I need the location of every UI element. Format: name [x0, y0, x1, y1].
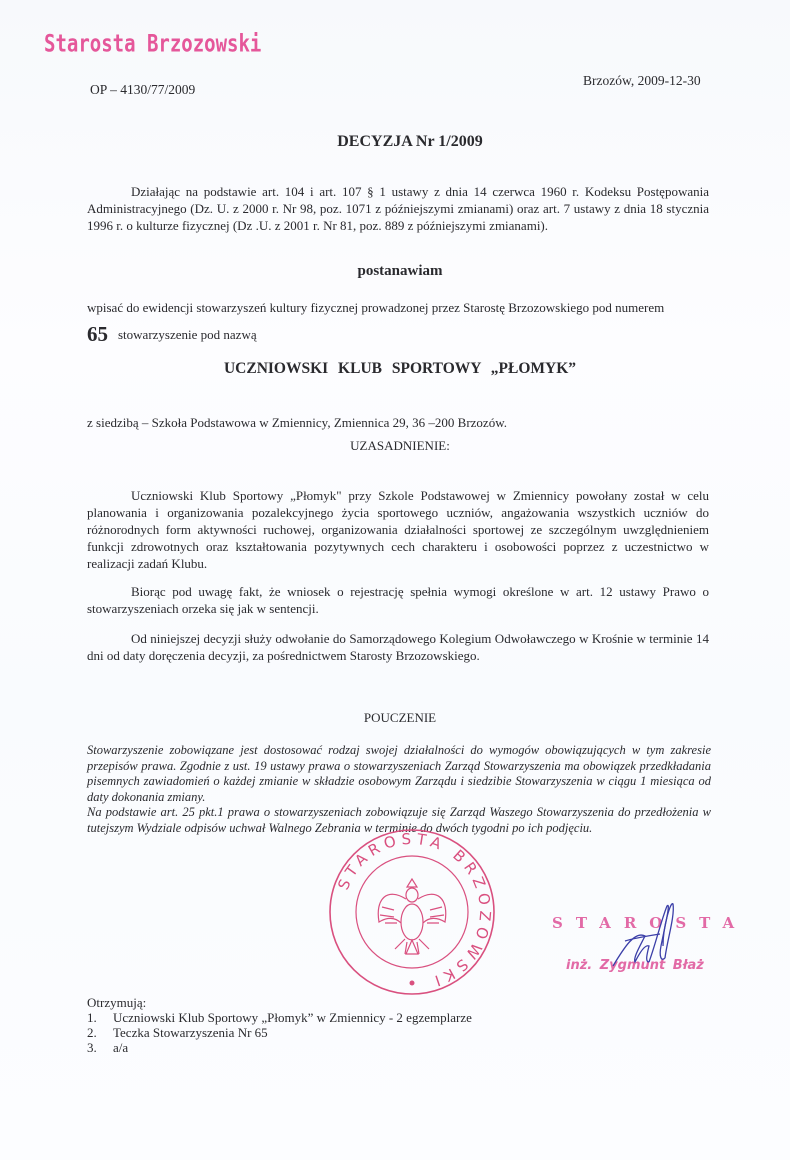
justification-paragraph: Od niniejszej decyzji służy odwołanie do… — [87, 630, 709, 664]
registry-line: 65stowarzyszenie pod nazwą — [87, 322, 257, 347]
decide-heading: postanawiam — [0, 263, 790, 280]
instruction-block: Stowarzyszenie zobowiązane jest dostosow… — [87, 743, 711, 836]
official-seal-icon: STAROSTA BRZOZOWSKI — [327, 827, 497, 997]
legal-basis-paragraph: Działając na podstawie art. 104 i art. 1… — [87, 183, 709, 234]
recipients-block: Otrzymują: 1.Uczniowski Klub Sportowy „P… — [87, 995, 472, 1055]
instruction-paragraph: Stowarzyszenie zobowiązane jest dostosow… — [87, 743, 711, 805]
justification-heading: UZASADNIENIE: — [0, 438, 790, 454]
instruction-heading: POUCZENIE — [0, 710, 790, 726]
recipient-item: 1.Uczniowski Klub Sportowy „Płomyk” w Zm… — [87, 1010, 472, 1025]
recipient-item: 2.Teczka Stowarzyszenia Nr 65 — [87, 1025, 472, 1040]
header-stamp: Starosta Brzozowski — [44, 30, 261, 58]
reference-number: OP – 4130/77/2009 — [90, 82, 195, 98]
decision-text: wpisać do ewidencji stowarzyszeń kultury… — [87, 300, 711, 316]
registry-number: 65 — [87, 322, 108, 346]
club-name: UCZNIOWSKI KLUB SPORTOWY „PŁOMYK” — [0, 360, 790, 378]
recipients-list: 1.Uczniowski Klub Sportowy „Płomyk” w Zm… — [87, 1010, 472, 1055]
scanned-document-page: Starosta Brzozowski OP – 4130/77/2009 Br… — [0, 0, 790, 1160]
recipients-heading: Otrzymują: — [87, 995, 472, 1010]
place-date: Brzozów, 2009-12-30 — [583, 73, 701, 89]
justification-paragraph: Biorąc pod uwagę fakt, że wniosek o reje… — [87, 583, 709, 617]
justification-paragraph: Uczniowski Klub Sportowy „Płomyk" przy S… — [87, 487, 709, 572]
decision-text-continued: stowarzyszenie pod nazwą — [118, 327, 257, 342]
handwritten-signature-icon — [605, 896, 685, 976]
club-seat: z siedzibą – Szkoła Podstawowa w Zmienni… — [87, 415, 507, 431]
decision-title: DECYZJA Nr 1/2009 — [0, 133, 790, 151]
recipient-item: 3.a/a — [87, 1040, 472, 1055]
